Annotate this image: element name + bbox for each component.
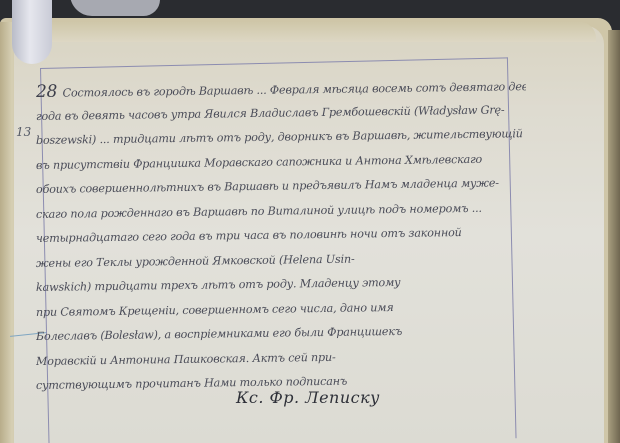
entry-number: 28 xyxy=(36,82,58,102)
book-right-edge xyxy=(608,30,620,443)
margin-note: 13 xyxy=(16,125,31,139)
entry-text: 28 Состоялось въ городѣ Варшавѣ ... Февр… xyxy=(36,80,526,399)
gloved-finger xyxy=(12,0,52,64)
gloved-hand-shadow xyxy=(70,0,160,16)
priest-signature: Кс. Фр. Леписку xyxy=(236,388,380,407)
page-top-band xyxy=(36,22,596,42)
